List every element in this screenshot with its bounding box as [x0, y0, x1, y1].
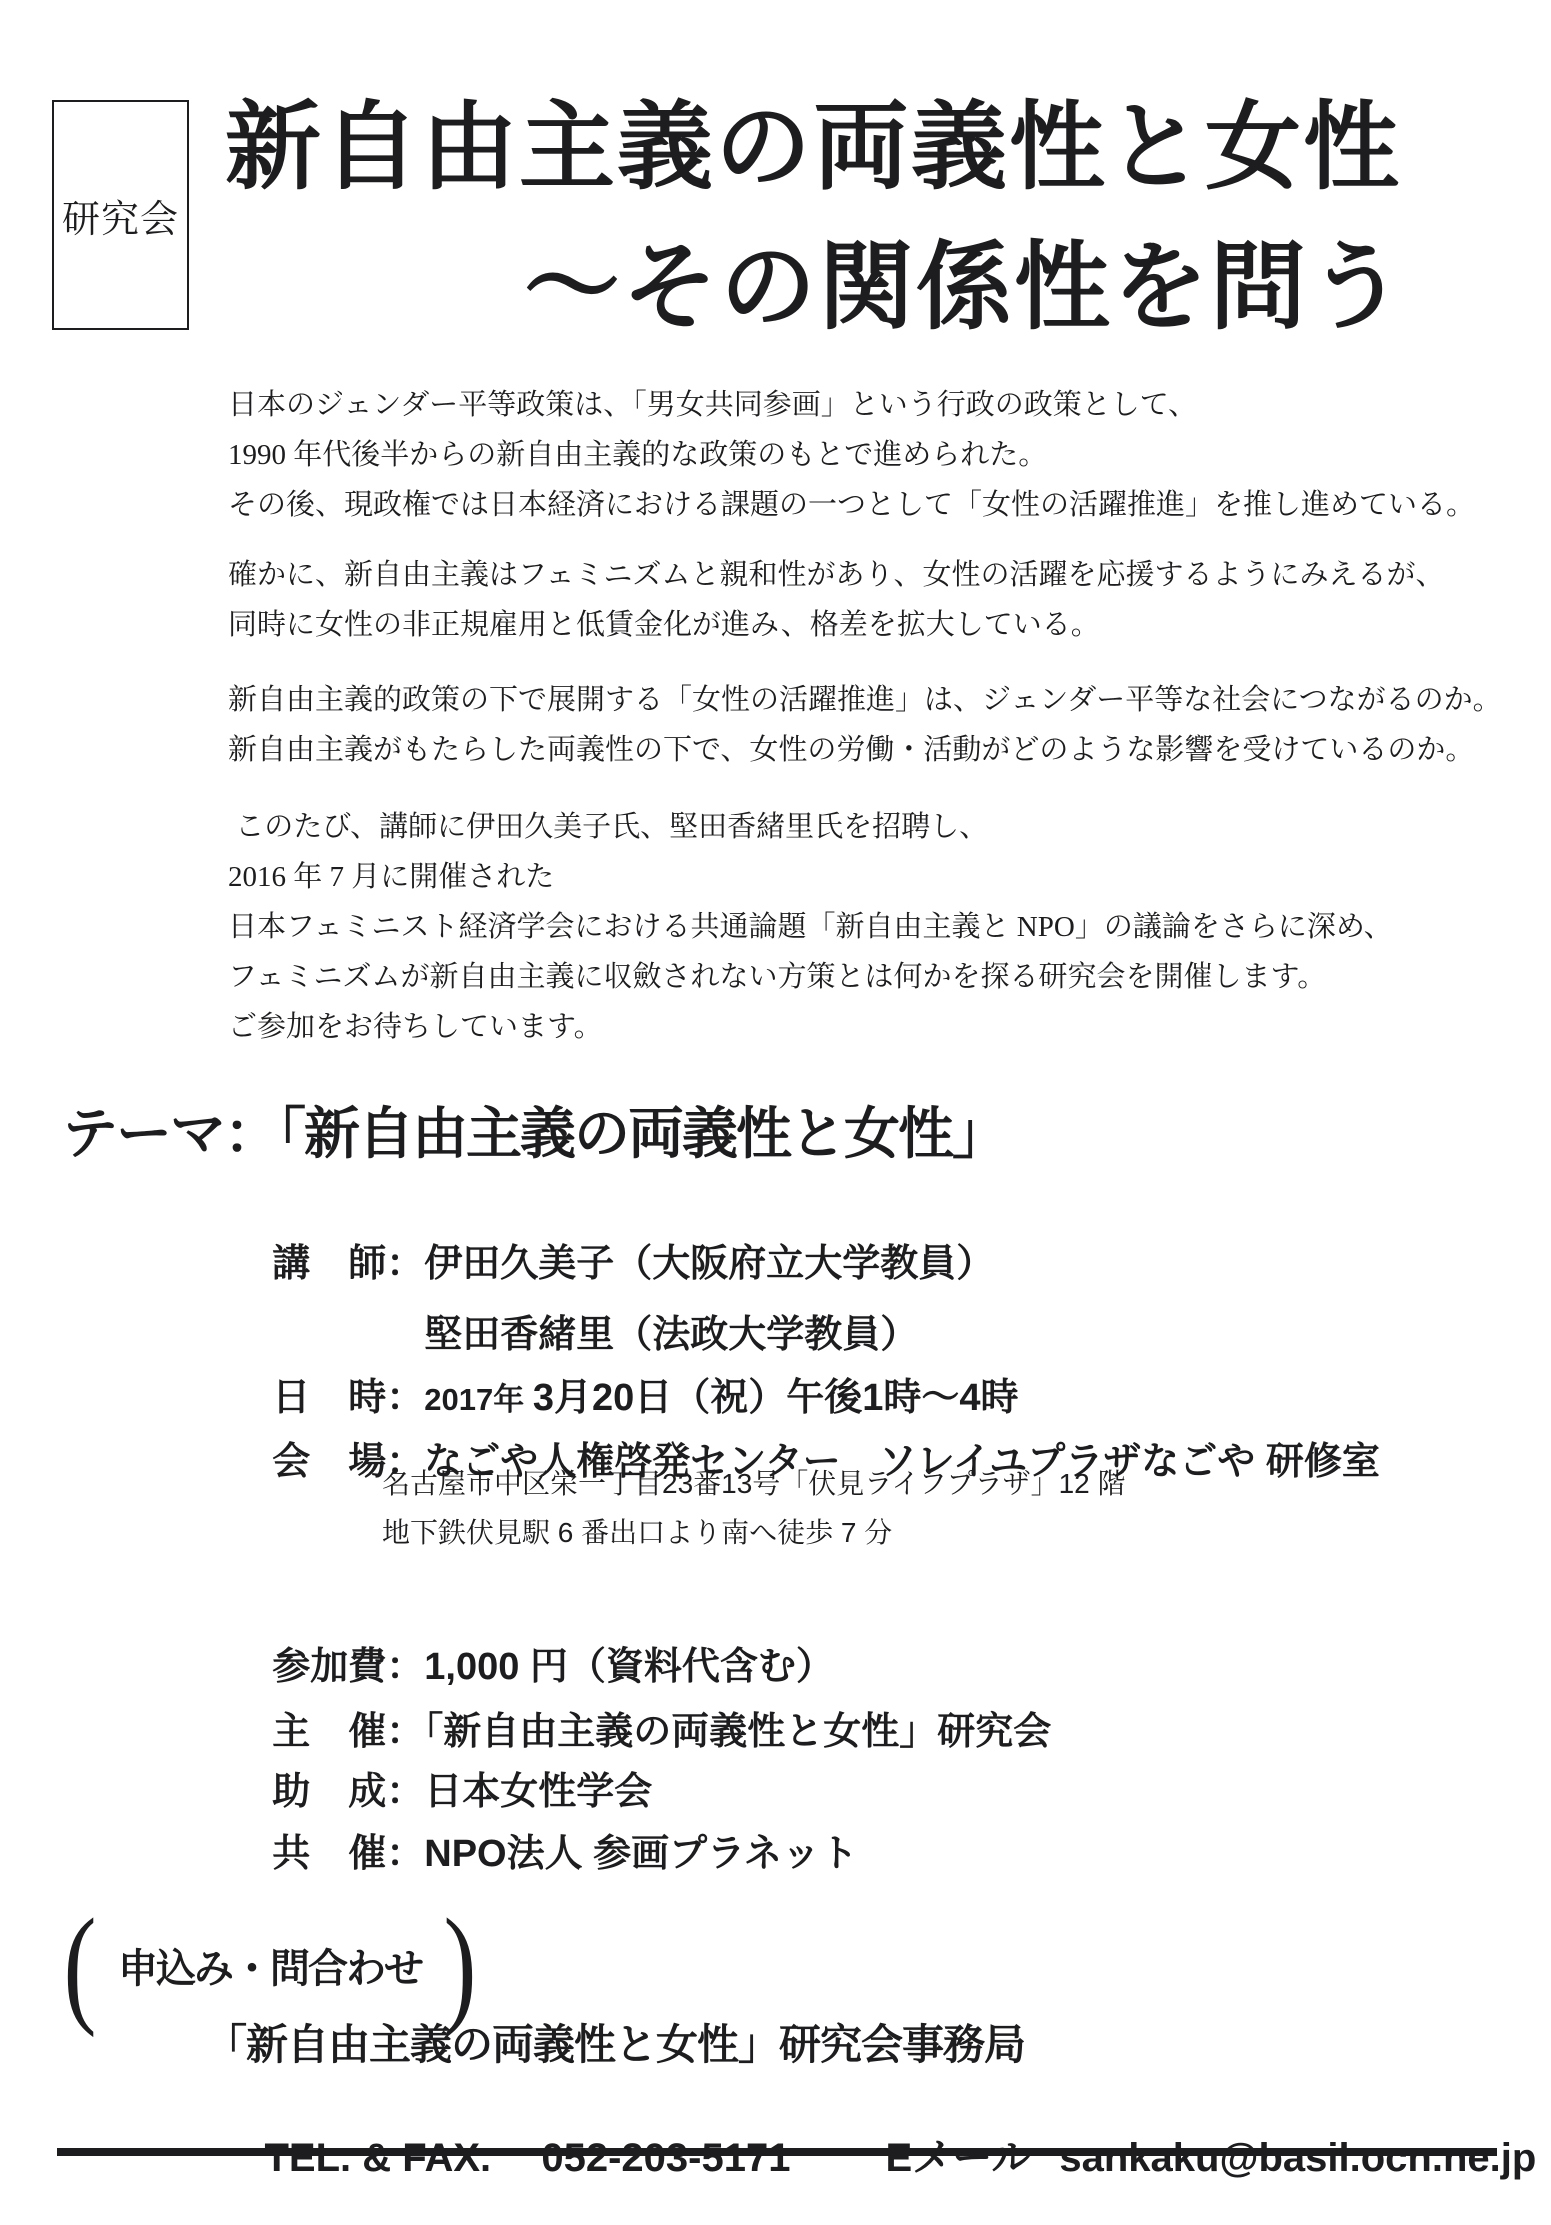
- intro-line: 同時に女性の非正規雇用と低賃金化が進み、格差を拡大している。: [228, 600, 1528, 650]
- detail-row-venue: 会 場：なごや人権啓発センター ソレイユプラザなごや 研修室: [230, 1402, 1380, 1522]
- contact-heading: ( 申込み・問合わせ ): [58, 1900, 482, 2030]
- contact-tel-line: TEL. & FAX. 052-203-5171Eメールsankaku@basi…: [220, 2092, 1536, 2224]
- email-label: Eメール: [885, 2136, 1031, 2180]
- intro-line: 日本フェミニスト経済学会における共通論題「新自由主義と NPO」の議論をさらに深…: [228, 902, 1528, 952]
- contact-organization: 「新自由主義の両義性と女性」研究会事務局: [205, 2022, 1025, 2068]
- email-address: sankaku@basil.ocn.ne.jp: [1059, 2136, 1536, 2180]
- intro-line: 新自由主義がもたらした両義性の下で、女性の労働・活動がどのような影響を受けている…: [228, 725, 1528, 775]
- intro-line: 新自由主義的政策の下で展開する「女性の活躍推進」は、ジェンダー平等な社会につなが…: [228, 675, 1528, 725]
- intro-line: このたび、講師に伊田久美子氏、堅田香緒里氏を招聘し、: [228, 802, 1528, 852]
- contact-heading-label: 申込み・問合わせ: [118, 1937, 422, 1994]
- cohost-value: NPO法人 参画プラネット: [424, 1833, 858, 1875]
- tel-fax-number: 052-203-5171: [541, 2136, 790, 2180]
- category-badge-label: 研究会: [62, 188, 179, 243]
- venue-address-2: 地下鉄伏見駅 6 番出口より南へ徒歩 7 分: [382, 1517, 892, 1549]
- bottom-divider: [57, 2148, 1497, 2156]
- intro-line: その後、現政権では日本経済における課題の一つとして「女性の活躍推進」を推し進めて…: [228, 480, 1528, 530]
- theme-heading: テーマ：「新自由主義の両義性と女性」: [62, 1106, 1006, 1162]
- category-badge: 研究会: [52, 100, 189, 330]
- detail-row-cohost: 共 催：NPO法人 参画プラネット: [230, 1794, 858, 1914]
- intro-line: フェミニズムが新自由主義に収斂されない方策とは何かを探る研究会を開催します。: [228, 952, 1528, 1002]
- page-title-line1: 新自由主義の両義性と女性: [225, 100, 1401, 196]
- intro-text: 日本のジェンダー平等政策は、「男女共同参画」という行政の政策として、 1990 …: [228, 380, 1528, 1052]
- intro-line: ご参加をお待ちしています。: [228, 1002, 1528, 1052]
- intro-line: 確かに、新自由主義はフェミニズムと親和性があり、女性の活躍を応援するようにみえる…: [228, 550, 1528, 600]
- page-title-line2: ～その関係性を問う: [524, 240, 1406, 336]
- flyer-page: 研究会 新自由主義の両義性と女性 ～その関係性を問う 日本のジェンダー平等政策は…: [0, 0, 1551, 2225]
- intro-line: 2016 年 7 月に開催された: [228, 852, 1528, 902]
- cohost-label: 共 催：: [272, 1833, 424, 1875]
- venue-address-1: 名古屋市中区栄一丁目23番13号「伏見ライフプラザ」12 階: [382, 1468, 1126, 1500]
- intro-line: 日本のジェンダー平等政策は、「男女共同参画」という行政の政策として、: [228, 380, 1528, 430]
- intro-line: 1990 年代後半からの新自由主義的な政策のもとで進められた。: [228, 430, 1528, 480]
- open-paren-glyph: (: [63, 1899, 96, 2031]
- close-paren-glyph: ): [443, 1899, 476, 2031]
- tel-fax-label: TEL. & FAX.: [264, 2136, 513, 2180]
